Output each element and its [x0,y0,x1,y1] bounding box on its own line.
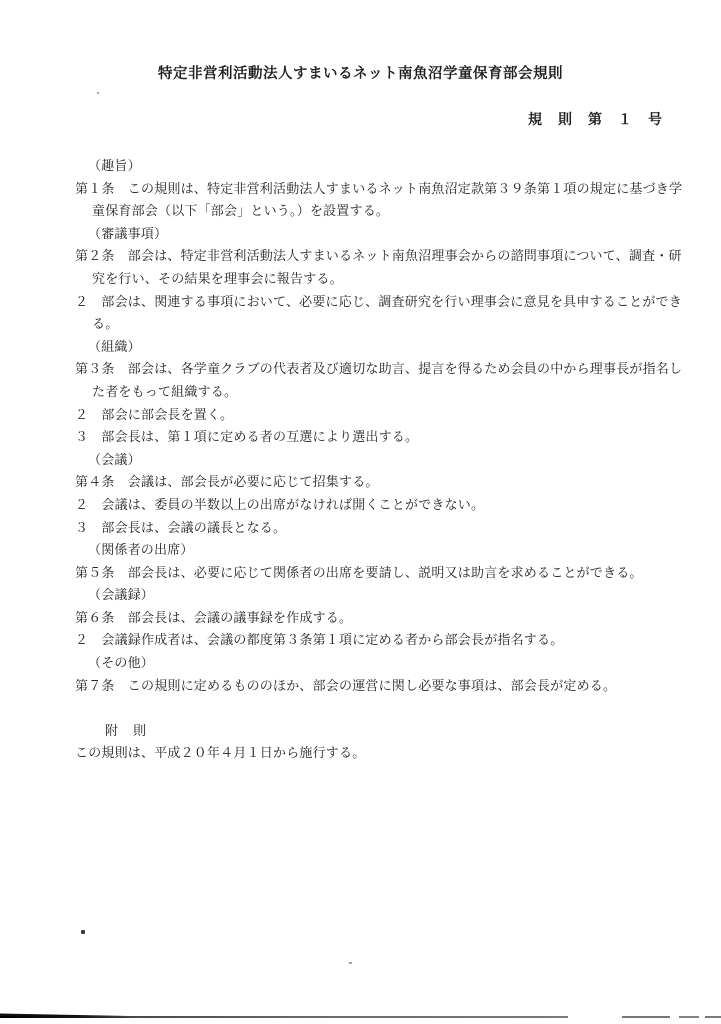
document-line: （その他） [75,652,675,675]
document-line: （趣旨） [75,155,675,178]
document-line: 第２条 部会は、特定非営利活動法人すまいるネット南魚沼理事会からの諮問事項につい… [75,245,675,268]
scan-edge-artifact [0,1016,568,1018]
scan-edge-artifact [705,1016,721,1018]
document-line: 附 則 [75,720,675,743]
document-line: 第６条 部会長は、会議の議事録を作成する。 [75,607,675,630]
document-body: （趣旨）第１条 この規則は、特定非営利活動法人すまいるネット南魚沼定款第３９条第… [75,155,675,765]
document-line [75,697,675,720]
document-line: 第４条 会議は、部会長が必要に応じて招集する。 [75,471,675,494]
document-line: ２ 部会に部会長を置く。 [75,404,675,427]
scan-edge-artifact [679,1016,699,1018]
scan-edge-artifact [622,1016,670,1018]
document-title: 特定非営利活動法人すまいるネット南魚沼学童保育部会規則 [0,62,721,83]
scan-noise-speck [81,930,85,934]
document-line: 第５条 部会長は、必要に応じて関係者の出席を要請し、説明又は助言を求めることがで… [75,562,675,585]
document-line: 第１条 この規則は、特定非営利活動法人すまいるネット南魚沼定款第３９条第１項の規… [75,178,675,201]
document-line: ３ 部会長は、第１項に定める者の互選により選出する。 [75,426,675,449]
document-line: ２ 部会は、関連する事項において、必要に応じ、調査研究を行い理事会に意見を具申す… [75,291,675,314]
document-line: る。 [75,313,675,336]
document-line: 第３条 部会は、各学童クラブの代表者及び適切な助言、提言を得るため会員の中から理… [75,358,675,381]
document-line: （会議録） [75,584,675,607]
document-line: た者をもって組織する。 [75,381,675,404]
document-line: ２ 会議は、委員の半数以上の出席がなければ開くことができない。 [75,494,675,517]
document-line: ２ 会議録作成者は、会議の都度第３条第１項に定める者から部会長が指名する。 [75,629,675,652]
document-line: （会議） [75,449,675,472]
document-line: 第７条 この規則に定めるもののほか、部会の運営に関し必要な事項は、部会長が定める… [75,675,675,698]
document-line: 究を行い、その結果を理事会に報告する。 [75,268,675,291]
scanned-document-page: 特定非営利活動法人すまいるネット南魚沼学童保育部会規則 規 則 第 １ 号 （趣… [0,0,721,1024]
document-line: （組織） [75,336,675,359]
document-line: （関係者の出席） [75,539,675,562]
document-number: 規 則 第 １ 号 [528,109,663,129]
document-line: 童保育部会（以下「部会」という。）を設置する。 [75,200,675,223]
document-line: この規則は、平成２０年４月１日から施行する。 [75,742,675,765]
scan-noise-speck [97,92,99,94]
document-line: （審議事項） [75,223,675,246]
scan-noise-speck [349,962,352,964]
document-line: ３ 部会長は、会議の議長となる。 [75,517,675,540]
